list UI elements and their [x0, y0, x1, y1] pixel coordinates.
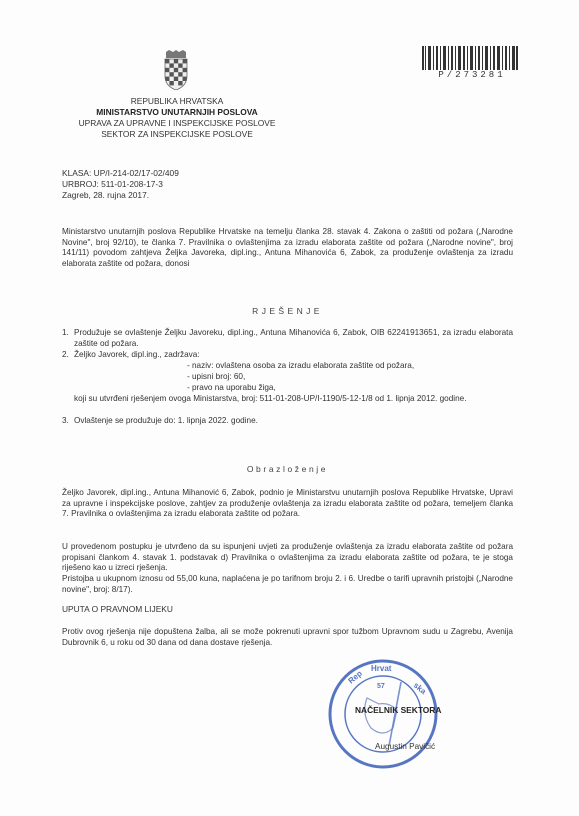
item-number: 2. — [62, 350, 69, 361]
header-sector: SEKTOR ZA INSPEKCIJSKE POSLOVE — [62, 129, 292, 140]
sub-item-seal: - pravo na uporabu žiga, — [187, 383, 276, 394]
croatian-coat-of-arms-icon — [163, 50, 189, 90]
item-text: Željko Javorek, dipl.ing., zadržava: — [74, 350, 513, 361]
place-date: Zagreb, 28. rujna 2017. — [62, 190, 179, 201]
header-ministry: MINISTARSTVO UNUTARNJIH POSLOVA — [62, 107, 292, 118]
decision-item-2: 2. Željko Javorek, dipl.ing., zadržava: — [62, 350, 513, 361]
reference-block: KLASA: UP/I-214-02/17-02/409 URBROJ: 511… — [62, 168, 179, 201]
signer-name: Augustin Pavičić — [375, 742, 435, 751]
intro-paragraph: Ministarstvo unutarnjih poslova Republik… — [62, 227, 513, 270]
legal-remedy-title: UPUTA O PRAVNOM LIJEKU — [62, 604, 173, 614]
barcode: P/273281 — [420, 44, 520, 82]
decision-item-2-tail: koji su utvrđeni rješenjem ovoga Minista… — [74, 394, 513, 405]
reasoning-paragraph-1: Željko Javorek, dipl.ing., Antuna Mihano… — [62, 488, 513, 520]
issuer-header: REPUBLIKA HRVATSKA MINISTARSTVO UNUTARNJ… — [62, 96, 292, 140]
document-page: REPUBLIKA HRVATSKA MINISTARSTVO UNUTARNJ… — [0, 0, 579, 816]
urbroj: URBROJ: 511-01-208-17-3 — [62, 179, 179, 190]
klasa: KLASA: UP/I-214-02/17-02/409 — [62, 168, 179, 179]
reasoning-title: Obrazloženje — [62, 464, 513, 474]
header-directorate: UPRAVA ZA UPRAVNE I INSPEKCIJSKE POSLOVE — [62, 118, 292, 129]
sub-item-registration: - upisni broj: 60, — [187, 372, 245, 383]
item-text: Ovlaštenje se produžuje do: 1. lipnja 20… — [74, 416, 513, 427]
item-text: Produžuje se ovlaštenje Željku Javoreku,… — [74, 328, 513, 349]
barcode-number: P/273281 — [426, 70, 518, 80]
decision-item-3: 3. Ovlaštenje se produžuje do: 1. lipnja… — [62, 416, 513, 427]
svg-text:Hrvat: Hrvat — [371, 664, 392, 673]
reasoning-paragraph-2: U provedenom postupku je utvrđeno da su … — [62, 542, 513, 574]
item-number: 3. — [62, 416, 69, 427]
item-number: 1. — [62, 328, 69, 339]
legal-remedy-text: Protiv ovog rješenja nije dopuštena žalb… — [62, 627, 513, 648]
sub-item-title: - naziv: ovlaštena osoba za izradu elabo… — [187, 361, 414, 372]
header-country: REPUBLIKA HRVATSKA — [62, 96, 292, 107]
decision-item-1: 1. Produžuje se ovlaštenje Željku Javore… — [62, 328, 513, 350]
fee-paragraph: Pristojba u ukupnom iznosu od 55,00 kuna… — [62, 574, 513, 595]
signer-title: NAČELNIK SEKTORA — [355, 705, 441, 715]
decision-title: RJEŠENJE — [62, 306, 513, 316]
barcode-icon — [422, 46, 518, 70]
svg-text:57: 57 — [377, 683, 385, 690]
